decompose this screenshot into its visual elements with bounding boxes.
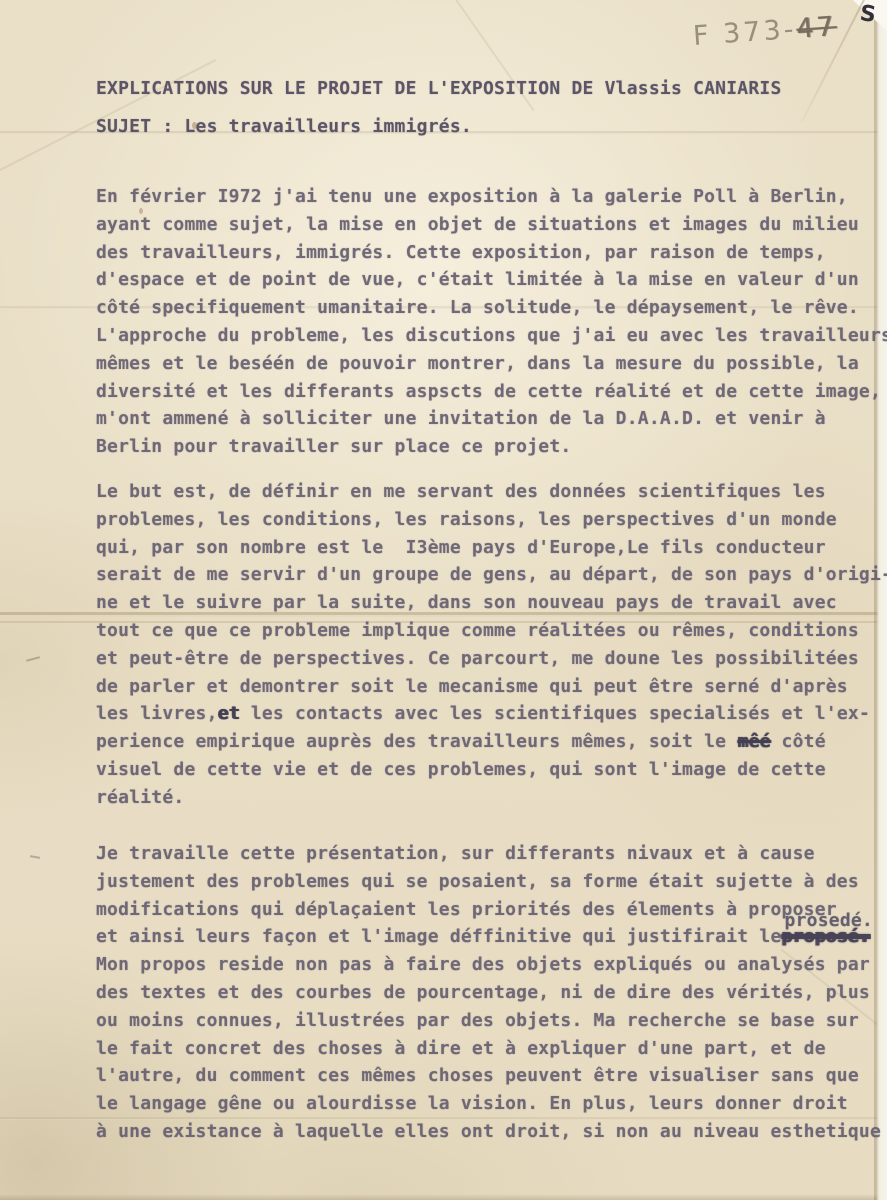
text-line: En février I972 j'ai tenu une exposition…: [96, 186, 887, 214]
text-segment: les livres,: [96, 703, 218, 724]
text-line: m'ont ammené à solliciter une invitation…: [96, 408, 887, 436]
paragraph-3: Je travaille cette présentation, sur dif…: [96, 843, 881, 1149]
typed-correction: prosedé.proposé.: [782, 926, 870, 947]
text-line: Le but est, de définir en me servant des…: [96, 481, 887, 509]
text-line: et peut-être de perspectives. Ce parcour…: [96, 648, 887, 676]
struck-word: mêé: [737, 731, 770, 752]
text-line: modifications qui déplaçaient les priori…: [96, 899, 881, 927]
text-line: ayant comme sujet, la mise en objet de s…: [96, 214, 887, 242]
text-line: le fait concret des choses à dire et à e…: [96, 1038, 881, 1066]
document-subject: SUJET : Les travailleurs immigrés.: [96, 116, 472, 137]
text-segment: les contacts avec les scientifiques spec…: [240, 703, 870, 724]
text-segment: et ainsi leurs façon et l'image déffinit…: [96, 926, 782, 947]
text-line: tout ce que ce probleme implique comme r…: [96, 620, 887, 648]
text-line: les livres,et les contacts avec les scie…: [96, 703, 887, 731]
catalog-annotation: F 373-47: [692, 11, 838, 52]
paragraph-1: En février I972 j'ai tenu une exposition…: [96, 186, 887, 464]
text-line: réalité.: [96, 787, 887, 815]
text-line: des travailleurs, immigrés. Cette exposi…: [96, 242, 887, 270]
text-line: justement des problemes qui se posaient,…: [96, 871, 881, 899]
text-segment: côté: [770, 731, 825, 752]
text-line: diversité et les differants aspscts de c…: [96, 381, 887, 409]
text-line: serait de me servir d'un groupe de gens,…: [96, 564, 887, 592]
text-segment: perience empirique auprès des travailleu…: [96, 731, 737, 752]
text-line: de parler et demontrer soit le mecanisme…: [96, 676, 887, 704]
text-line: d'espace et de point de vue, c'était lim…: [96, 269, 887, 297]
overtyped: et: [218, 703, 240, 724]
document-title: EXPLICATIONS SUR LE PROJET DE L'EXPOSITI…: [96, 78, 782, 99]
correction-above: prosedé.: [785, 910, 873, 931]
pencil-mark: [26, 656, 40, 662]
text-line: visuel de cette vie et de ces problemes,…: [96, 759, 887, 787]
text-line: Mon propos reside non pas à faire des ob…: [96, 954, 881, 982]
text-line: des textes et des courbes de pourcentage…: [96, 982, 881, 1010]
catalog-number-prefix: F 373-: [692, 14, 797, 52]
text-line: et ainsi leurs façon et l'image déffinit…: [96, 926, 881, 954]
paper-edge-shadow: [0, 1194, 887, 1200]
text-line: problemes, les conditions, les raisons, …: [96, 509, 887, 537]
text-line: à une existance à laquelle elles ont dro…: [96, 1121, 881, 1149]
text-line: le langage gêne ou alourdisse la vision.…: [96, 1093, 881, 1121]
text-line: perience empirique auprès des travailleu…: [96, 731, 887, 759]
catalog-number-suffix: 47: [795, 11, 837, 45]
text-line: qui, par son nombre est le I3ème pays d'…: [96, 537, 887, 565]
pencil-mark: [30, 855, 40, 859]
text-line: Je travaille cette présentation, sur dif…: [96, 843, 881, 871]
text-line: L'approche du probleme, les discutions q…: [96, 325, 887, 353]
document-page: S F 373-47 EXPLICATIONS SUR LE PROJET DE…: [0, 0, 887, 1200]
paragraph-2: Le but est, de définir en me servant des…: [96, 481, 887, 815]
text-line: ou moins connues, illustrées par des obj…: [96, 1010, 881, 1038]
text-line: ne et le suivre par la suite, dans son n…: [96, 592, 887, 620]
text-line: l'autre, du comment ces mêmes choses peu…: [96, 1065, 881, 1093]
text-line: Berlin pour travailler sur place ce proj…: [96, 436, 887, 464]
text-line: côté specifiquement umanitaire. La solit…: [96, 297, 887, 325]
text-line: mêmes et le beséén de pouvoir montrer, d…: [96, 353, 887, 381]
